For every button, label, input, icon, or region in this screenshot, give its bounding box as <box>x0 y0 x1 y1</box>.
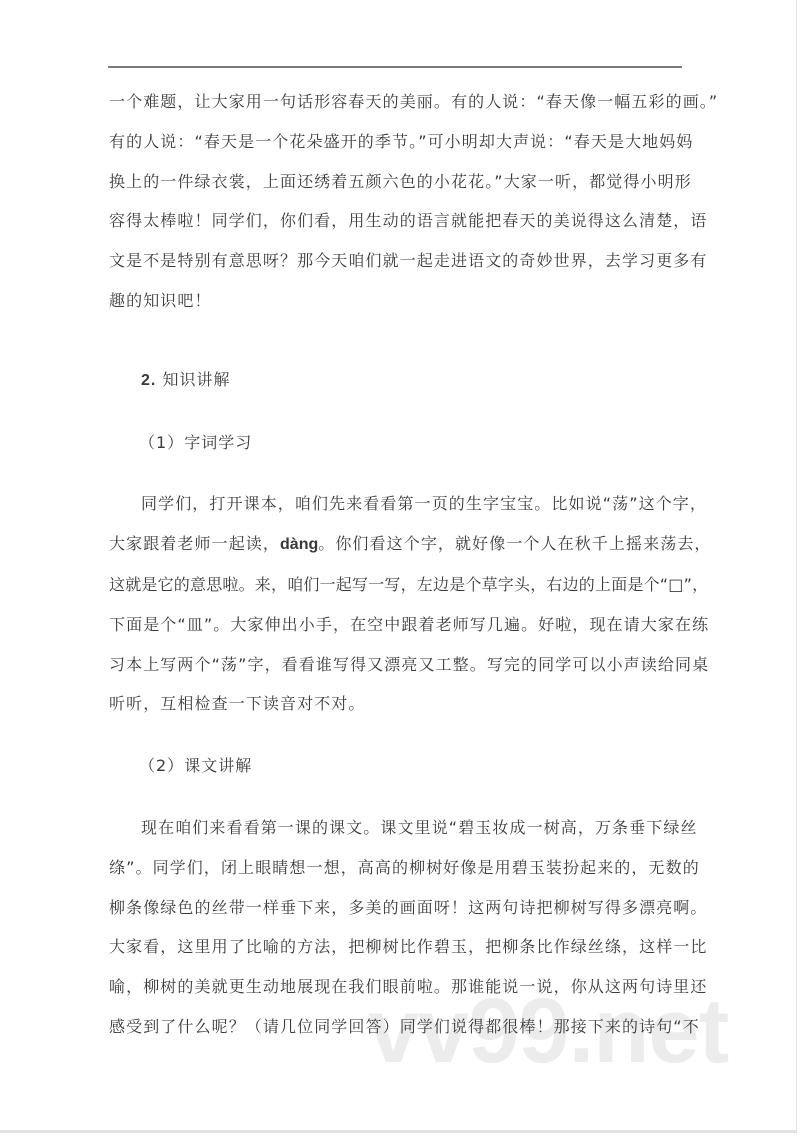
text-line: 有的人说：“春天是一个花朵盛开的季节。”可小明却大声说：“春天是大地妈妈 <box>109 122 684 162</box>
text-line: 这就是它的意思啦。来，咱们一起写一写，左边是个草字头，右边的上面是个“□”， <box>109 565 684 605</box>
text-line: 容得太棒啦！同学们，你们看，用生动的语言就能把春天的美说得这么清楚，语 <box>109 201 684 241</box>
text-line: 听听，互相检查一下读音对不对。 <box>109 684 684 724</box>
subsection-number: （1） <box>139 433 184 452</box>
text-line: 喻，柳树的美就更生动地展现在我们眼前啦。那谁能说一说，你从这两句诗里还 <box>109 967 684 1007</box>
section-heading-knowledge: 2. 知识讲解 <box>109 360 684 401</box>
text-line: 绦”。同学们，闭上眼睛想一想，高高的柳树好像是用碧玉装扮起来的，无数的 <box>109 848 684 888</box>
spacer <box>109 321 684 360</box>
spacer <box>109 401 684 423</box>
text-line: 换上的一件绿衣裳，上面还绣着五颜六色的小花花。”大家一听，都觉得小明形 <box>109 162 684 202</box>
paragraph-text-explanation: 现在咱们来看看第一课的课文。课文里说“碧玉妆成一树高，万条垂下绿丝 绦”。同学们… <box>109 808 684 1047</box>
text-line: 文是不是特别有意思呀？那今天咱们就一起走进语文的奇妙世界，去学习更多有 <box>109 241 684 281</box>
text-line: 同学们，打开课本，咱们先来看看第一页的生字宝宝。比如说“荡”这个字， <box>109 484 684 524</box>
paragraph-vocab: 同学们，打开课本，咱们先来看看第一页的生字宝宝。比如说“荡”这个字， 大家跟着老… <box>109 484 684 724</box>
text-line-with-pinyin: 大家跟着老师一起读，dàng。你们看这个字，就好像一个人在秋千上摇来荡去， <box>109 524 684 565</box>
text-line: 一个难题，让大家用一句话形容春天的美丽。有的人说：“春天像一幅五彩的画。” <box>109 82 684 122</box>
section-number: 2. <box>141 372 156 389</box>
pinyin: dàng <box>280 536 318 553</box>
section-title: 知识讲解 <box>162 370 230 389</box>
text-line: 柳条像绿色的丝带一样垂下来，多美的画面呀！这两句诗把柳树写得多漂亮啊。 <box>109 888 684 928</box>
text-line: 现在咱们来看看第一课的课文。课文里说“碧玉妆成一树高，万条垂下绿丝 <box>109 808 684 848</box>
header-rule <box>108 66 682 68</box>
document-page: vv99.net 一个难题，让大家用一句话形容春天的美丽。有的人说：“春天像一幅… <box>0 0 797 1133</box>
document-body: 一个难题，让大家用一句话形容春天的美丽。有的人说：“春天像一幅五彩的画。” 有的… <box>109 82 684 1047</box>
subsection-title: 课文讲解 <box>184 756 252 775</box>
text-line: 下面是个“皿”。大家伸出小手，在空中跟着老师写几遍。好啦，现在请大家在练 <box>109 605 684 645</box>
text-line: 趣的知识吧！ <box>109 281 684 321</box>
subsection-number: （2） <box>139 756 184 775</box>
text-fragment: 大家跟着老师一起读， <box>109 534 280 553</box>
subsection-heading-vocab: （1）字词学习 <box>109 423 684 463</box>
paragraph-intro-continued: 一个难题，让大家用一句话形容春天的美丽。有的人说：“春天像一幅五彩的画。” 有的… <box>109 82 684 321</box>
spacer <box>109 462 684 484</box>
subsection-title: 字词学习 <box>184 433 252 452</box>
text-line: 习本上写两个“荡”字，看看谁写得又漂亮又工整。写完的同学可以小声读给同桌 <box>109 645 684 685</box>
spacer <box>109 786 684 808</box>
text-line: 感受到了什么呢？（请几位同学回答）同学们说得都很棒！那接下来的诗句“不 <box>109 1007 684 1047</box>
text-line: 大家看，这里用了比喻的方法，把柳树比作碧玉，把柳条比作绿丝绦，这样一比 <box>109 927 684 967</box>
subsection-heading-text: （2）课文讲解 <box>109 746 684 786</box>
spacer <box>109 724 684 746</box>
text-fragment: 。你们看这个字，就好像一个人在秋千上摇来荡去， <box>318 534 711 553</box>
